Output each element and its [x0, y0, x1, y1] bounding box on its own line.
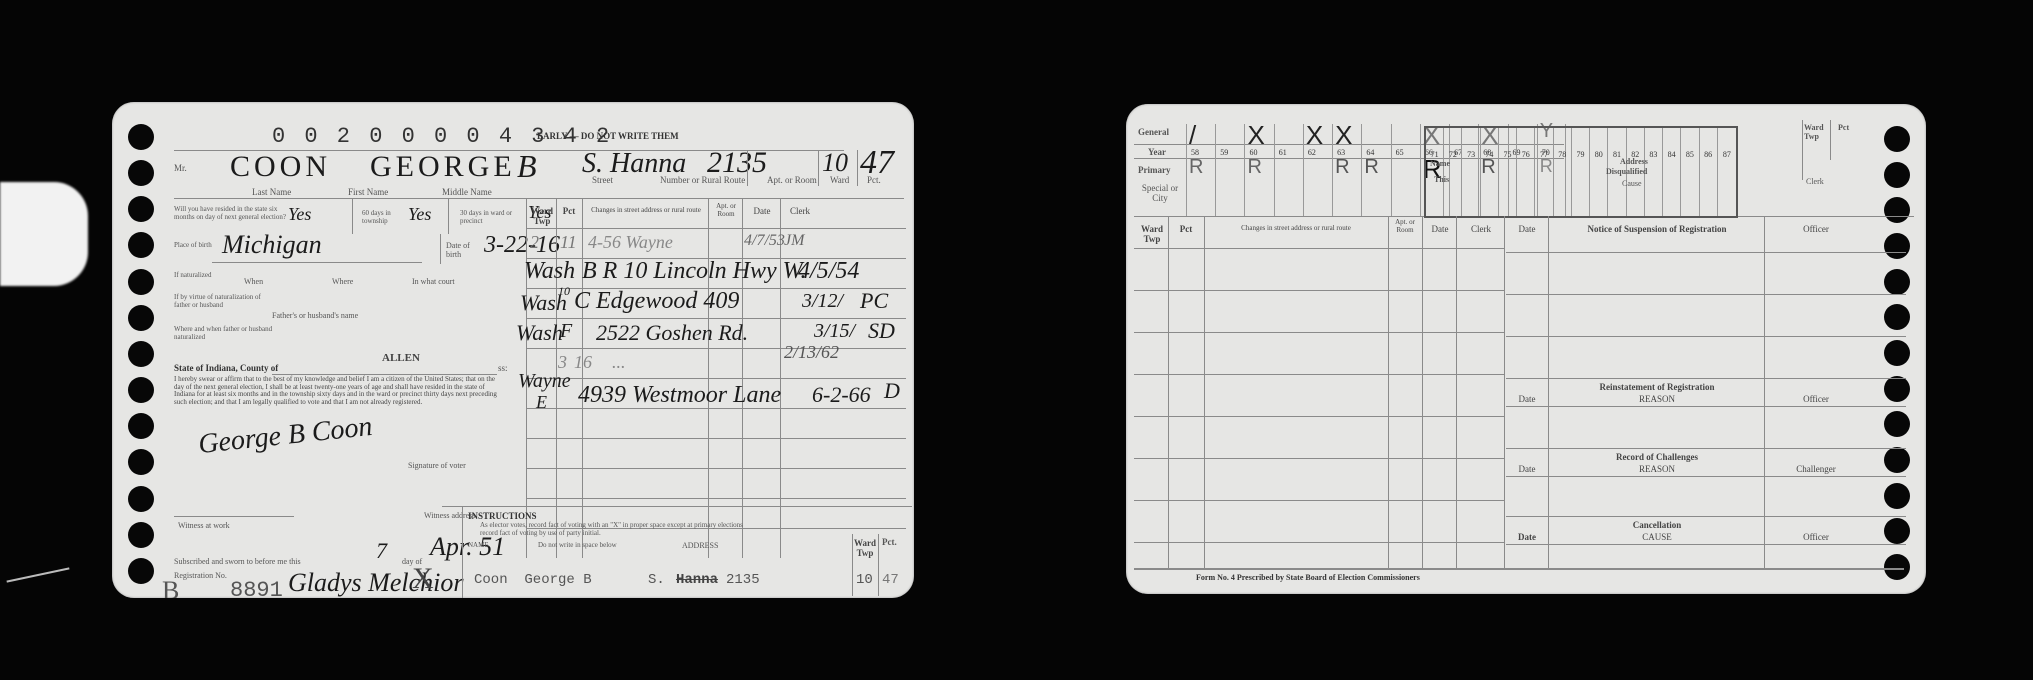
punch-holes-left: [128, 124, 156, 584]
primary-mark: R: [1364, 156, 1378, 179]
registration-card-back: General Year Primary Special or City /58…: [1126, 104, 1926, 594]
future-years-box: 71 72 73 74 75 76 77 78 79 80 81 82 83 8…: [1424, 126, 1738, 218]
back-changes-ward-header: Ward Twp: [1136, 224, 1168, 244]
box-this-label: This: [1434, 176, 1449, 185]
punch-hole: [128, 486, 154, 512]
back-changes-apt-header: Apt. or Room: [1390, 218, 1420, 234]
last-name-label: Last Name: [252, 188, 291, 198]
change-ward: 2: [530, 232, 539, 253]
series-letter: B: [162, 576, 179, 598]
stub-pct-label: Pct.: [882, 538, 897, 548]
reinstatement-date-header: Date: [1506, 394, 1548, 404]
change-address: 2522 Goshen Rd.: [596, 320, 748, 346]
ward-value: 10: [822, 148, 848, 178]
punch-hole: [128, 305, 154, 331]
when-label: When: [244, 278, 263, 287]
first-name-value: GEORGE: [370, 150, 516, 184]
punch-hole: [1884, 518, 1910, 544]
reinstatement-officer-header: Officer: [1766, 394, 1866, 404]
film-scratch: [6, 567, 69, 582]
top-right-clerk-label: Clerk: [1806, 178, 1824, 187]
punch-hole: [128, 232, 154, 258]
punch-hole: [1884, 554, 1910, 580]
year-label: 86: [1700, 128, 1718, 216]
cancellation-cause-header: CAUSE: [1550, 532, 1764, 542]
change-pct: 16: [574, 352, 592, 373]
county-value: ALLEN: [382, 352, 420, 364]
year-label: 73: [1462, 128, 1480, 216]
general-mark: /: [1189, 120, 1196, 151]
punch-hole: [1884, 340, 1910, 366]
ward-label: Ward: [830, 176, 849, 186]
year-col: 65: [1391, 124, 1420, 216]
general-mark: X: [1247, 120, 1264, 151]
change-address: 4-56 Wayne: [588, 232, 673, 253]
oath-text: I hereby swear or affirm that to the bes…: [174, 376, 504, 407]
general-mark: X: [1306, 120, 1323, 151]
salutation-label: Mr.: [174, 164, 187, 174]
date-of-birth-label: Date of birth: [446, 242, 482, 260]
year-label: 75: [1499, 128, 1517, 216]
row-label-general: General: [1138, 128, 1169, 138]
middle-name-value: B: [517, 148, 537, 185]
punch-hole: [1884, 483, 1910, 509]
street-label: Street: [592, 176, 613, 186]
state-county-label: State of Indiana, County of: [174, 364, 278, 374]
year-label: 79: [1572, 128, 1590, 216]
pct-label: Pct.: [867, 176, 881, 186]
reinstatement-title: Reinstatement of Registration: [1550, 382, 1764, 392]
resided-state-answer: Yes: [288, 204, 311, 225]
box-name-label: Name: [1430, 160, 1450, 169]
year-col: X62: [1303, 124, 1332, 216]
light-glare: [0, 182, 88, 286]
punch-hole: [128, 377, 154, 403]
witness-work-label: Witness at work: [178, 522, 230, 531]
middle-name-label: Middle Name: [442, 188, 492, 198]
change-pct: F: [560, 320, 572, 343]
registration-card-front: 0 0 2 0 0 0 0 4 3 4 2 EARLY — DO NOT WRI…: [112, 102, 914, 598]
where-label: Where: [332, 278, 353, 287]
change-address: C Edgewood 409: [574, 288, 739, 315]
punch-hole: [128, 269, 154, 295]
cancellation-date-header: Date: [1506, 532, 1548, 542]
row-label-year: Year: [1148, 148, 1166, 158]
change-clerk: D: [884, 378, 900, 404]
top-right-ward-label: Ward Twp: [1804, 124, 1830, 142]
punch-hole: [1884, 197, 1910, 223]
stub-vote-mark: X: [412, 562, 434, 596]
back-changes-address-header: Changes in street address or rural route: [1206, 224, 1386, 232]
cancellation-title: Cancellation: [1550, 520, 1764, 530]
voter-signature: George B Coon: [197, 411, 374, 461]
challenges-title: Record of Challenges: [1550, 452, 1764, 462]
punch-hole: [128, 413, 154, 439]
punch-hole: [1884, 447, 1910, 473]
stub-do-not-write: Do not write in space below: [538, 542, 617, 550]
challenges-date-header: Date: [1506, 464, 1548, 474]
punch-hole: [128, 558, 154, 584]
naturalized-label: If naturalized: [174, 272, 212, 280]
punch-hole: [1884, 304, 1910, 330]
primary-mark: R: [1189, 156, 1203, 179]
place-of-birth-label: Place of birth: [174, 242, 214, 250]
ss-label: ss:: [498, 364, 508, 374]
year-label: 87: [1718, 128, 1736, 216]
year-col: 64R: [1361, 124, 1390, 216]
year-label: 76: [1517, 128, 1535, 216]
top-notice: EARLY — DO NOT WRITE THEM: [537, 132, 679, 142]
suspension-date-header: Date: [1506, 224, 1548, 234]
change-clerk: SD: [868, 318, 895, 344]
back-changes-pct-header: Pct: [1170, 224, 1202, 234]
punch-holes-right: [1884, 126, 1912, 580]
year-label: 74: [1481, 128, 1499, 216]
instructions-text-2: record fact of voting by use of party in…: [480, 530, 601, 538]
change-date: 2/13/62: [784, 342, 839, 363]
stub-pct: 47: [882, 572, 899, 588]
change-address: ...: [612, 352, 626, 373]
year-col: X60R: [1244, 124, 1273, 216]
first-name-label: First Name: [348, 188, 388, 198]
change-clerk: PC: [860, 288, 888, 314]
year-label: 59: [1220, 148, 1228, 157]
primary-mark: R: [1335, 156, 1349, 179]
change-date: 3/12/: [802, 290, 843, 313]
last-name-value: COON: [230, 150, 331, 184]
change-pct: E: [536, 392, 547, 413]
punch-hole: [1884, 233, 1910, 259]
changes-address-header: Changes in street address or rural route: [584, 206, 708, 214]
year-label: 84: [1663, 128, 1681, 216]
suspension-title: Notice of Suspension of Registration: [1550, 224, 1764, 234]
change-date: 4/5/54: [798, 258, 859, 285]
punch-hole: [128, 196, 154, 222]
reinstatement-reason-header: REASON: [1550, 394, 1764, 404]
box-cause-label: Cause: [1622, 180, 1642, 189]
changes-ward-header: Ward Twp: [528, 206, 556, 226]
cancellation-officer-header: Officer: [1766, 532, 1866, 542]
year-label: 61: [1279, 148, 1287, 157]
changes-clerk-header: Clerk: [782, 206, 818, 216]
year-label: 62: [1308, 148, 1316, 157]
registration-number: 8891: [230, 578, 283, 598]
primary-mark: R: [1247, 156, 1261, 179]
number-label: Number or Rural Route: [660, 176, 745, 186]
punch-hole: [1884, 376, 1910, 402]
change-ward: Wash: [524, 258, 575, 285]
punch-hole: [128, 160, 154, 186]
change-clerk: JM: [784, 232, 804, 250]
general-mark: X: [1335, 120, 1352, 151]
back-changes-clerk-header: Clerk: [1458, 224, 1504, 234]
punch-hole: [128, 124, 154, 150]
punch-hole: [1884, 411, 1910, 437]
punch-hole: [1884, 126, 1910, 152]
year-label: 65: [1396, 148, 1404, 157]
change-ward: Wash: [516, 320, 563, 346]
back-changes-date-header: Date: [1424, 224, 1456, 234]
change-address: B R 10 Lincoln Hwy W.: [582, 258, 806, 285]
challenges-challenger-header: Challenger: [1766, 464, 1866, 474]
year-col: X63R: [1332, 124, 1361, 216]
stub-name-label: NAME: [468, 542, 489, 550]
stub-address-number: 2135: [726, 572, 760, 588]
stub-ward-label: Ward Twp: [852, 538, 878, 558]
resided-state-label: Will you have resided in the state six m…: [174, 206, 294, 221]
sworn-day: 7: [376, 538, 387, 564]
place-of-birth-value: Michigan: [222, 230, 322, 260]
registration-no-label: Registration No.: [174, 572, 227, 581]
box-disqualified-label: Disqualified: [1606, 168, 1647, 177]
change-pct: 10: [558, 284, 570, 299]
form-footer: Form No. 4 Prescribed by State Board of …: [1196, 574, 1420, 583]
row-label-special: Special or City: [1140, 184, 1180, 204]
year-col: /58R: [1186, 124, 1215, 216]
punch-hole: [128, 341, 154, 367]
father-name-label: Father's or husband's name: [272, 312, 358, 321]
date-of-birth-value: 3-22-16: [484, 232, 560, 259]
changes-date-header: Date: [744, 206, 780, 216]
stub-address-prefix: S.: [648, 572, 665, 588]
suspension-officer-header: Officer: [1766, 224, 1866, 234]
year-label: 71: [1426, 128, 1444, 216]
where-naturalized-label: Where and when father or husband natural…: [174, 326, 274, 341]
changes-apt-header: Apt. or Room: [710, 202, 742, 218]
change-date: 6-2-66: [812, 382, 871, 408]
year-col: 59: [1215, 124, 1244, 216]
change-ward: Wayne: [518, 370, 571, 393]
year-col: 61: [1274, 124, 1303, 216]
stub-address-struck: Hanna: [676, 572, 718, 588]
signature-voter-label: Signature of voter: [408, 462, 466, 471]
stub-ward: 10: [856, 572, 873, 588]
days-township-answer: Yes: [408, 204, 431, 225]
punch-hole: [128, 522, 154, 548]
punch-hole: [1884, 269, 1910, 295]
year-label: 83: [1645, 128, 1663, 216]
row-label-primary: Primary: [1138, 166, 1170, 176]
year-label: 77: [1535, 128, 1553, 216]
punch-hole: [1884, 162, 1910, 188]
year-label: 85: [1681, 128, 1699, 216]
year-label: 78: [1554, 128, 1572, 216]
stub-name: Coon George B: [474, 572, 592, 588]
days-ward-label: 30 days in ward or precinct: [460, 210, 530, 225]
changes-pct-header: Pct: [558, 206, 580, 216]
stub-address-label: ADDRESS: [682, 542, 718, 551]
top-right-pct-label: Pct: [1838, 124, 1849, 133]
court-label: In what court: [412, 278, 455, 287]
change-date: 3/15/: [814, 320, 855, 343]
challenges-reason-header: REASON: [1550, 464, 1764, 474]
father-husband-label: If by virtue of naturalization of father…: [174, 294, 264, 309]
change-address: 4939 Westmoor Lane: [578, 382, 781, 409]
punch-hole: [128, 449, 154, 475]
subscribed-label: Subscribed and sworn to before me this: [174, 558, 301, 567]
box-address-label: Address: [1620, 158, 1648, 167]
change-pct: 11: [560, 232, 577, 253]
officer-signature: Gladys Melchior: [288, 568, 463, 598]
change-date: 4/7/53: [744, 232, 785, 250]
year-label: 72: [1444, 128, 1462, 216]
apt-label: Apt. or Room: [767, 176, 817, 186]
